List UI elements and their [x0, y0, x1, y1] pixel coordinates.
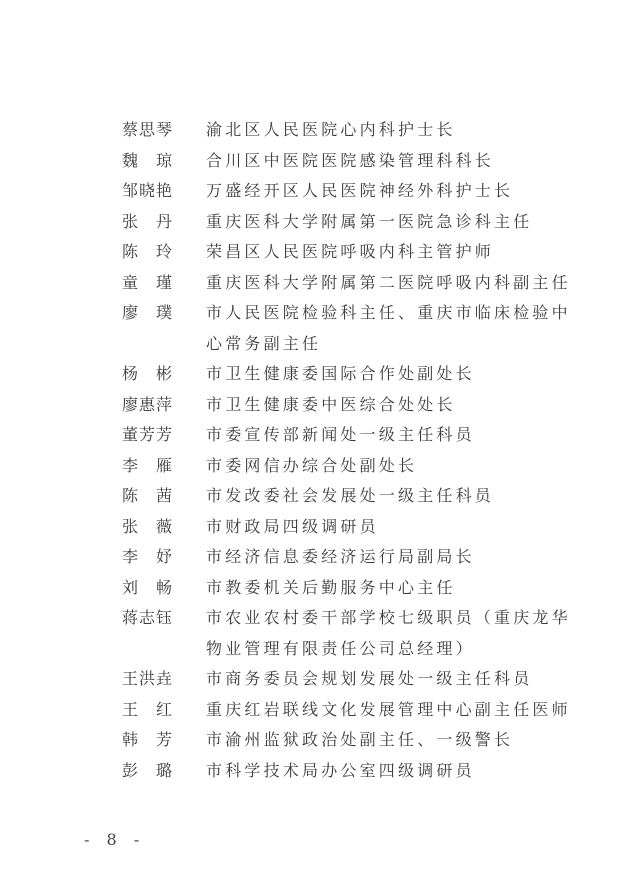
list-item: 王洪垚市商务委员会规划发展处一级主任科员 [122, 664, 582, 695]
person-name: 杨 彬 [122, 359, 206, 390]
list-item: 刘 畅市教委机关后勤服务中心主任 [122, 573, 582, 604]
list-item: 董芳芳市委宣传部新闻处一级主任科员 [122, 420, 582, 451]
person-name: 李 雁 [122, 451, 206, 482]
person-name: 董芳芳 [122, 420, 206, 451]
person-name: 李 妤 [122, 542, 206, 573]
person-role: 万盛经开区人民医院神经外科护士长 [206, 176, 582, 207]
person-name: 童 瑾 [122, 268, 206, 299]
person-role: 市科学技术局办公室四级调研员 [206, 756, 582, 787]
person-role: 渝北区人民医院心内科护士长 [206, 115, 582, 146]
person-role: 市委网信办综合处副处长 [206, 451, 582, 482]
person-role: 荣昌区人民医院呼吸内科主管护师 [206, 237, 582, 268]
list-item: 蔡思琴渝北区人民医院心内科护士长 [122, 115, 582, 146]
list-item: 蒋志钰市农业农村委干部学校七级职员（重庆龙华物业管理有限责任公司总经理） [122, 603, 582, 664]
person-name: 廖惠萍 [122, 390, 206, 421]
person-name: 蒋志钰 [122, 603, 206, 634]
person-role: 市财政局四级调研员 [206, 512, 582, 543]
list-item: 邹晓艳万盛经开区人民医院神经外科护士长 [122, 176, 582, 207]
list-item: 张 丹重庆医科大学附属第一医院急诊科主任 [122, 207, 582, 238]
list-item: 王 红重庆红岩联线文化发展管理中心副主任医师 [122, 695, 582, 726]
person-role: 市商务委员会规划发展处一级主任科员 [206, 664, 582, 695]
list-item: 童 瑾重庆医科大学附属第二医院呼吸内科副主任 [122, 268, 582, 299]
list-item: 李 妤市经济信息委经济运行局副局长 [122, 542, 582, 573]
person-role: 市经济信息委经济运行局副局长 [206, 542, 582, 573]
person-name: 王 红 [122, 695, 206, 726]
person-role: 合川区中医院医院感染管理科科长 [206, 146, 582, 177]
list-item: 廖 璞市人民医院检验科主任、重庆市临床检验中心常务副主任 [122, 298, 582, 359]
person-name: 张 薇 [122, 512, 206, 543]
person-role: 市卫生健康委国际合作处副处长 [206, 359, 582, 390]
page-number: - 8 - [84, 830, 145, 849]
list-item: 魏 琼合川区中医院医院感染管理科科长 [122, 146, 582, 177]
list-item: 陈 茜市发改委社会发展处一级主任科员 [122, 481, 582, 512]
person-name: 陈 玲 [122, 237, 206, 268]
person-role: 重庆医科大学附属第二医院呼吸内科副主任 [206, 268, 582, 299]
person-name: 彭 璐 [122, 756, 206, 787]
person-role: 重庆医科大学附属第一医院急诊科主任 [206, 207, 582, 238]
person-role: 市教委机关后勤服务中心主任 [206, 573, 582, 604]
list-item: 杨 彬市卫生健康委国际合作处副处长 [122, 359, 582, 390]
person-name: 张 丹 [122, 207, 206, 238]
personnel-list: 蔡思琴渝北区人民医院心内科护士长 魏 琼合川区中医院医院感染管理科科长 邹晓艳万… [122, 115, 582, 786]
list-item: 张 薇市财政局四级调研员 [122, 512, 582, 543]
person-role: 市渝州监狱政治处副主任、一级警长 [206, 725, 582, 756]
person-name: 魏 琼 [122, 146, 206, 177]
list-item: 陈 玲荣昌区人民医院呼吸内科主管护师 [122, 237, 582, 268]
person-role: 重庆红岩联线文化发展管理中心副主任医师 [206, 695, 582, 726]
person-name: 邹晓艳 [122, 176, 206, 207]
list-item: 彭 璐市科学技术局办公室四级调研员 [122, 756, 582, 787]
person-role: 市农业农村委干部学校七级职员（重庆龙华物业管理有限责任公司总经理） [206, 603, 582, 664]
person-name: 韩 芳 [122, 725, 206, 756]
person-role: 市人民医院检验科主任、重庆市临床检验中心常务副主任 [206, 298, 582, 359]
person-role: 市委宣传部新闻处一级主任科员 [206, 420, 582, 451]
person-name: 刘 畅 [122, 573, 206, 604]
list-item: 李 雁市委网信办综合处副处长 [122, 451, 582, 482]
list-item: 韩 芳市渝州监狱政治处副主任、一级警长 [122, 725, 582, 756]
person-role: 市卫生健康委中医综合处处长 [206, 390, 582, 421]
person-name: 王洪垚 [122, 664, 206, 695]
person-name: 陈 茜 [122, 481, 206, 512]
person-name: 蔡思琴 [122, 115, 206, 146]
list-item: 廖惠萍市卫生健康委中医综合处处长 [122, 390, 582, 421]
person-name: 廖 璞 [122, 298, 206, 329]
person-role: 市发改委社会发展处一级主任科员 [206, 481, 582, 512]
